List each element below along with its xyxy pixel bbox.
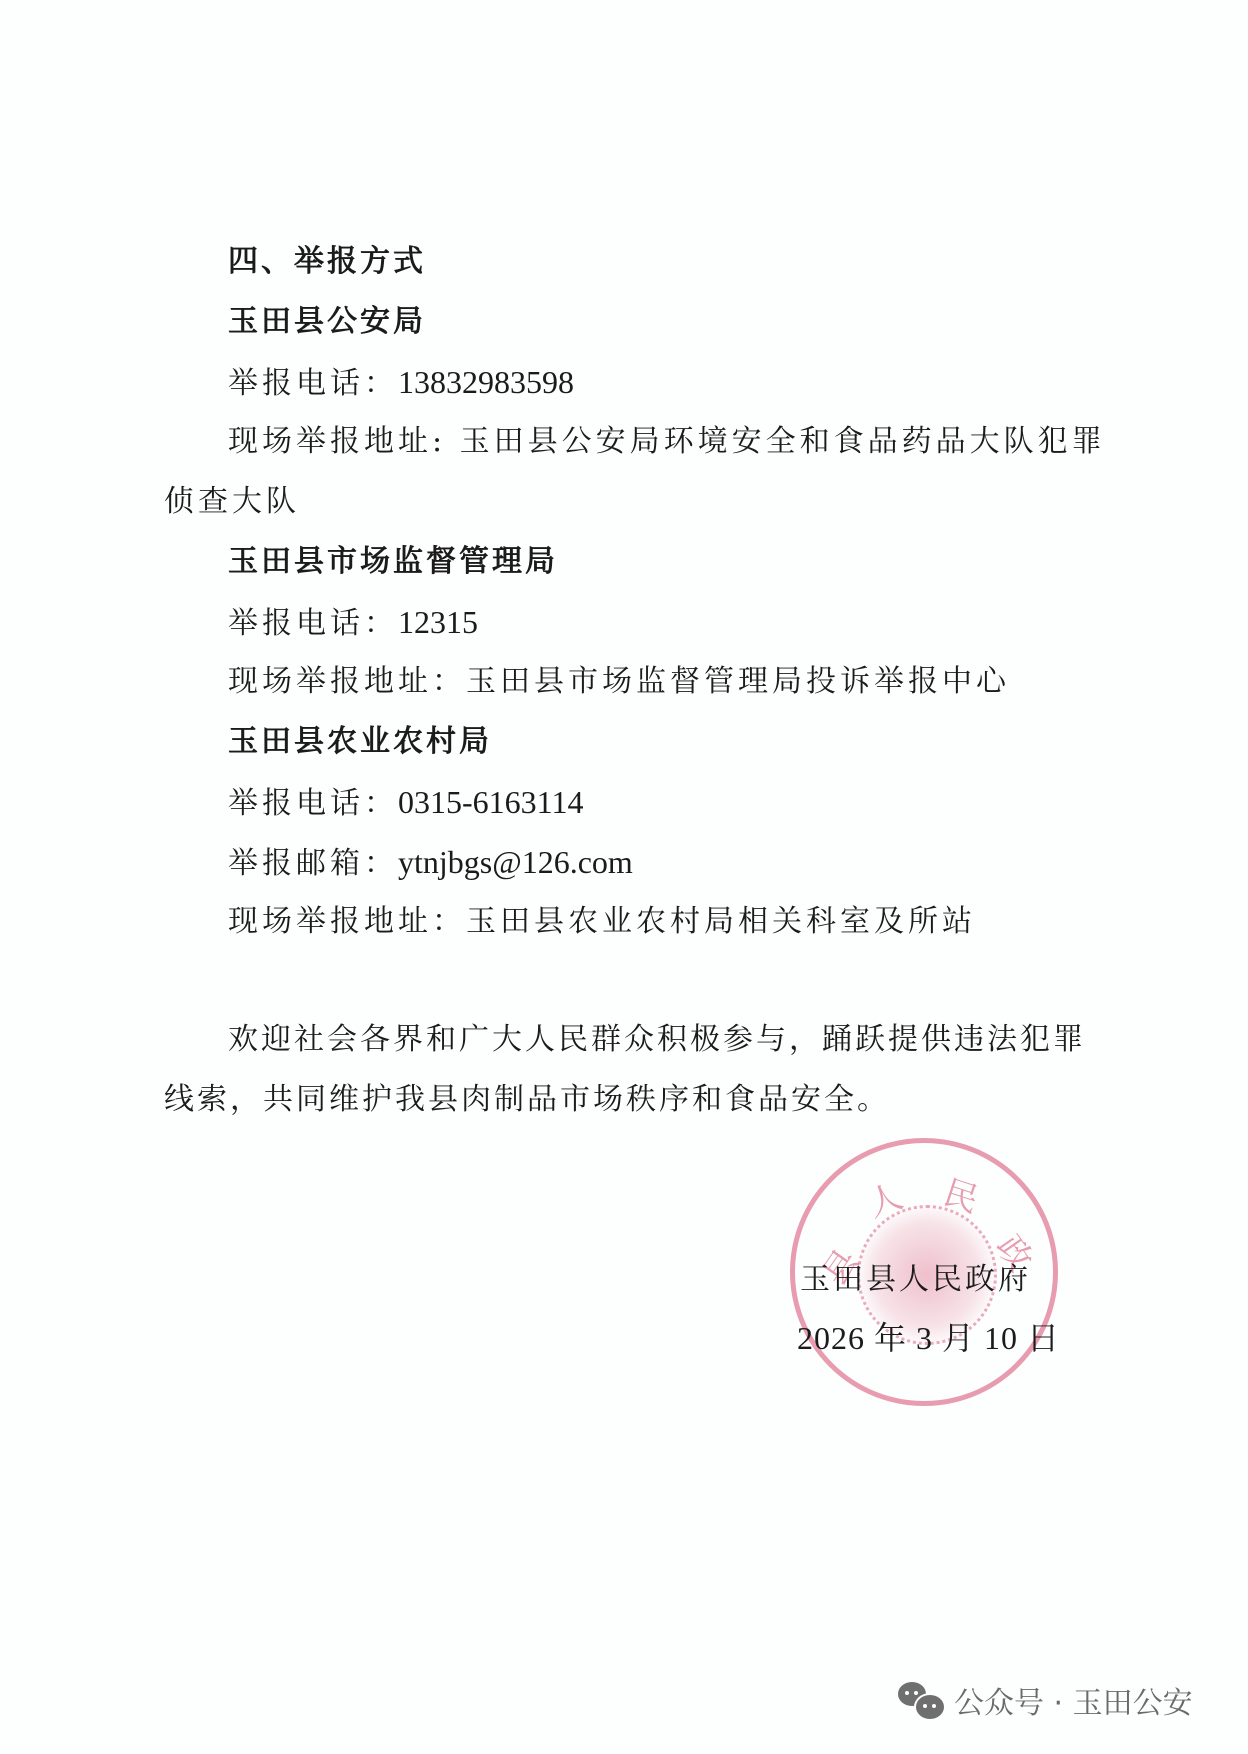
address-label: 现场举报地址： xyxy=(228,664,466,699)
address-value: 玉田县公安局环境安全和食品药品大队犯罪 xyxy=(460,424,1106,459)
phone-label: 举报电话： xyxy=(228,606,398,641)
agency-phone-market: 举报电话：12315 xyxy=(228,602,478,644)
agency-address-police-cont: 侦查大队 xyxy=(164,482,300,522)
wechat-icon xyxy=(898,1682,942,1718)
agency-name-police: 玉田县公安局 xyxy=(228,302,426,342)
phone-number: 12315 xyxy=(398,604,478,640)
phone-label: 举报电话： xyxy=(228,786,398,821)
closing-line-2: 线索，共同维护我县肉制品市场秩序和食品安全。 xyxy=(164,1080,890,1120)
agency-name-market: 玉田县市场监督管理局 xyxy=(228,542,558,582)
agency-address-agriculture: 现场举报地址：玉田县农业农村局相关科室及所站 xyxy=(228,902,976,942)
phone-number: 13832983598 xyxy=(398,364,574,400)
address-label: 现场举报地址: xyxy=(228,424,446,459)
closing-line-1: 欢迎社会各界和广大人民群众积极参与，踊跃提供违法犯罪 xyxy=(228,1020,1086,1060)
wechat-watermark: 公众号 · 玉田公安 xyxy=(898,1678,1193,1722)
agency-name-agriculture: 玉田县农业农村局 xyxy=(228,722,492,762)
issue-date: 2026 年 3 月 10 日 xyxy=(797,1318,1060,1358)
agency-phone-agriculture: 举报电话：0315-6163114 xyxy=(228,782,583,824)
email-address: ytnjbgs@126.com xyxy=(398,844,633,880)
email-label: 举报邮箱： xyxy=(228,846,398,881)
issuer-name: 玉田县人民政府 xyxy=(800,1260,1031,1300)
address-label: 现场举报地址： xyxy=(228,904,466,939)
phone-number: 0315-6163114 xyxy=(398,784,583,820)
seal-char: 民 xyxy=(938,1165,985,1222)
phone-label: 举报电话： xyxy=(228,366,398,401)
agency-address-market: 现场举报地址：玉田县市场监督管理局投诉举报中心 xyxy=(228,662,1010,702)
agency-phone-police: 举报电话：13832983598 xyxy=(228,362,574,404)
agency-address-police: 现场举报地址: 玉田县公安局环境安全和食品药品大队犯罪 xyxy=(228,422,1106,462)
section-heading: 四、举报方式 xyxy=(228,242,426,282)
address-value: 玉田县市场监督管理局投诉举报中心 xyxy=(466,664,1010,699)
address-value: 玉田县农业农村局相关科室及所站 xyxy=(466,904,976,939)
watermark-text: 公众号 · 玉田公安 xyxy=(954,1678,1193,1722)
agency-email-agriculture: 举报邮箱：ytnjbgs@126.com xyxy=(228,842,633,884)
